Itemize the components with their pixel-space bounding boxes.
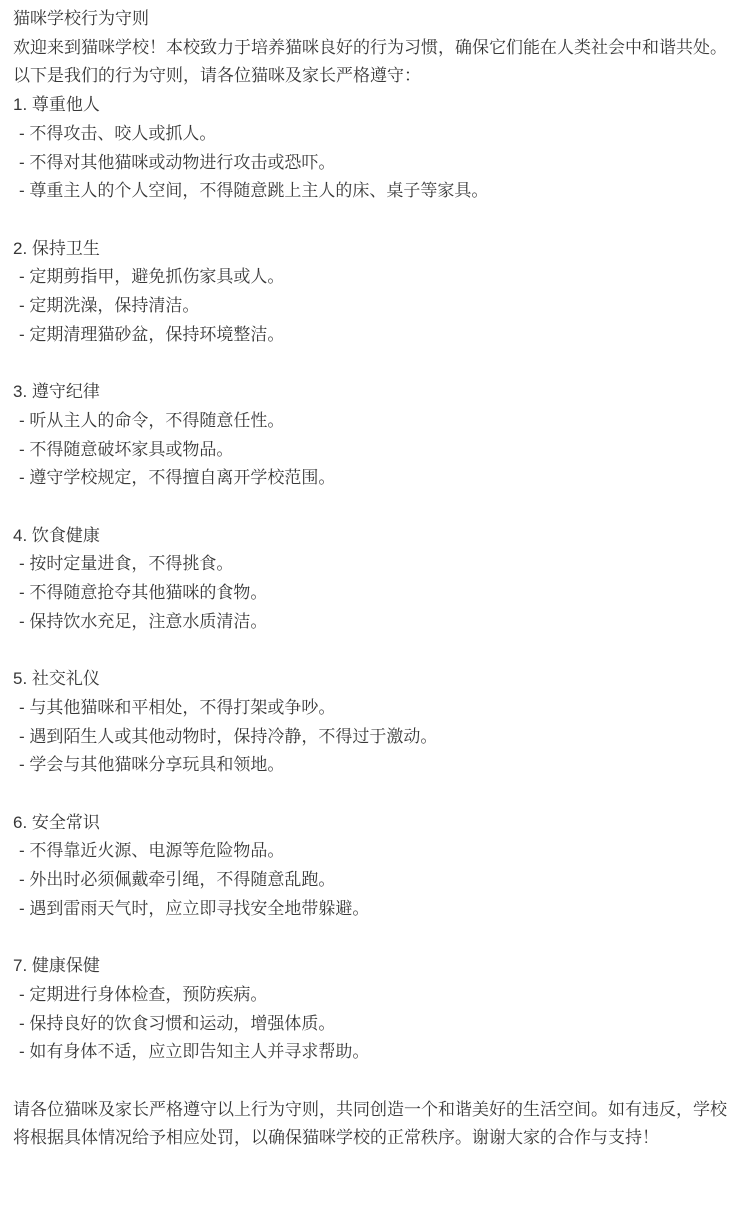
- section-heading: 6. 安全常识: [13, 809, 738, 838]
- section-heading: 1. 尊重他人: [13, 91, 738, 120]
- closing-paragraph: 请各位猫咪及家长严格遵守以上行为守则，共同创造一个和谐美好的生活空间。如有违反，…: [13, 1096, 738, 1153]
- rule-item: - 不得攻击、咬人或抓人。: [13, 120, 738, 149]
- rule-item: - 学会与其他猫咪分享玩具和领地。: [13, 751, 738, 780]
- section-heading: 5. 社交礼仪: [13, 665, 738, 694]
- section-hygiene: 2. 保持卫生 - 定期剪指甲，避免抓伤家具或人。 - 定期洗澡，保持清洁。 -…: [13, 235, 738, 350]
- rule-item: - 保持良好的饮食习惯和运动，增强体质。: [13, 1010, 738, 1039]
- rule-item: - 听从主人的命令，不得随意任性。: [13, 407, 738, 436]
- rule-item: - 定期剪指甲，避免抓伤家具或人。: [13, 263, 738, 292]
- section-diet-health: 4. 饮食健康 - 按时定量进食，不得挑食。 - 不得随意抢夺其他猫咪的食物。 …: [13, 522, 738, 637]
- section-discipline: 3. 遵守纪律 - 听从主人的命令，不得随意任性。 - 不得随意破坏家具或物品。…: [13, 378, 738, 493]
- rule-item: - 与其他猫咪和平相处，不得打架或争吵。: [13, 694, 738, 723]
- rule-item: - 按时定量进食，不得挑食。: [13, 550, 738, 579]
- section-heading: 7. 健康保健: [13, 952, 738, 981]
- section-safety: 6. 安全常识 - 不得靠近火源、电源等危险物品。 - 外出时必须佩戴牵引绳，不…: [13, 809, 738, 924]
- section-heading: 3. 遵守纪律: [13, 378, 738, 407]
- section-heading: 4. 饮食健康: [13, 522, 738, 551]
- rule-item: - 遇到陌生人或其他动物时，保持冷静，不得过于激动。: [13, 723, 738, 752]
- section-heading: 2. 保持卫生: [13, 235, 738, 264]
- section-health-care: 7. 健康保健 - 定期进行身体检查，预防疾病。 - 保持良好的饮食习惯和运动，…: [13, 952, 738, 1067]
- rule-item: - 尊重主人的个人空间，不得随意跳上主人的床、桌子等家具。: [13, 177, 738, 206]
- rule-item: - 定期进行身体检查，预防疾病。: [13, 981, 738, 1010]
- rule-item: - 不得对其他猫咪或动物进行攻击或恐吓。: [13, 149, 738, 178]
- rule-item: - 遵守学校规定，不得擅自离开学校范围。: [13, 464, 738, 493]
- section-respect-others: 1. 尊重他人 - 不得攻击、咬人或抓人。 - 不得对其他猫咪或动物进行攻击或恐…: [13, 91, 738, 206]
- rule-item: - 不得靠近火源、电源等危险物品。: [13, 837, 738, 866]
- rule-item: - 如有身体不适，应立即告知主人并寻求帮助。: [13, 1038, 738, 1067]
- rule-item: - 定期洗澡，保持清洁。: [13, 292, 738, 321]
- rule-item: - 保持饮水充足，注意水质清洁。: [13, 608, 738, 637]
- document-body: 猫咪学校行为守则 欢迎来到猫咪学校！本校致力于培养猫咪良好的行为习惯，确保它们能…: [0, 0, 750, 1220]
- rule-item: - 定期清理猫砂盆，保持环境整洁。: [13, 321, 738, 350]
- rule-item: - 不得随意破坏家具或物品。: [13, 436, 738, 465]
- intro-paragraph: 欢迎来到猫咪学校！本校致力于培养猫咪良好的行为习惯，确保它们能在人类社会中和谐共…: [13, 34, 738, 91]
- document-title: 猫咪学校行为守则: [13, 5, 738, 34]
- rule-item: - 不得随意抢夺其他猫咪的食物。: [13, 579, 738, 608]
- rule-item: - 遇到雷雨天气时，应立即寻找安全地带躲避。: [13, 895, 738, 924]
- rule-item: - 外出时必须佩戴牵引绳，不得随意乱跑。: [13, 866, 738, 895]
- section-social-etiquette: 5. 社交礼仪 - 与其他猫咪和平相处，不得打架或争吵。 - 遇到陌生人或其他动…: [13, 665, 738, 780]
